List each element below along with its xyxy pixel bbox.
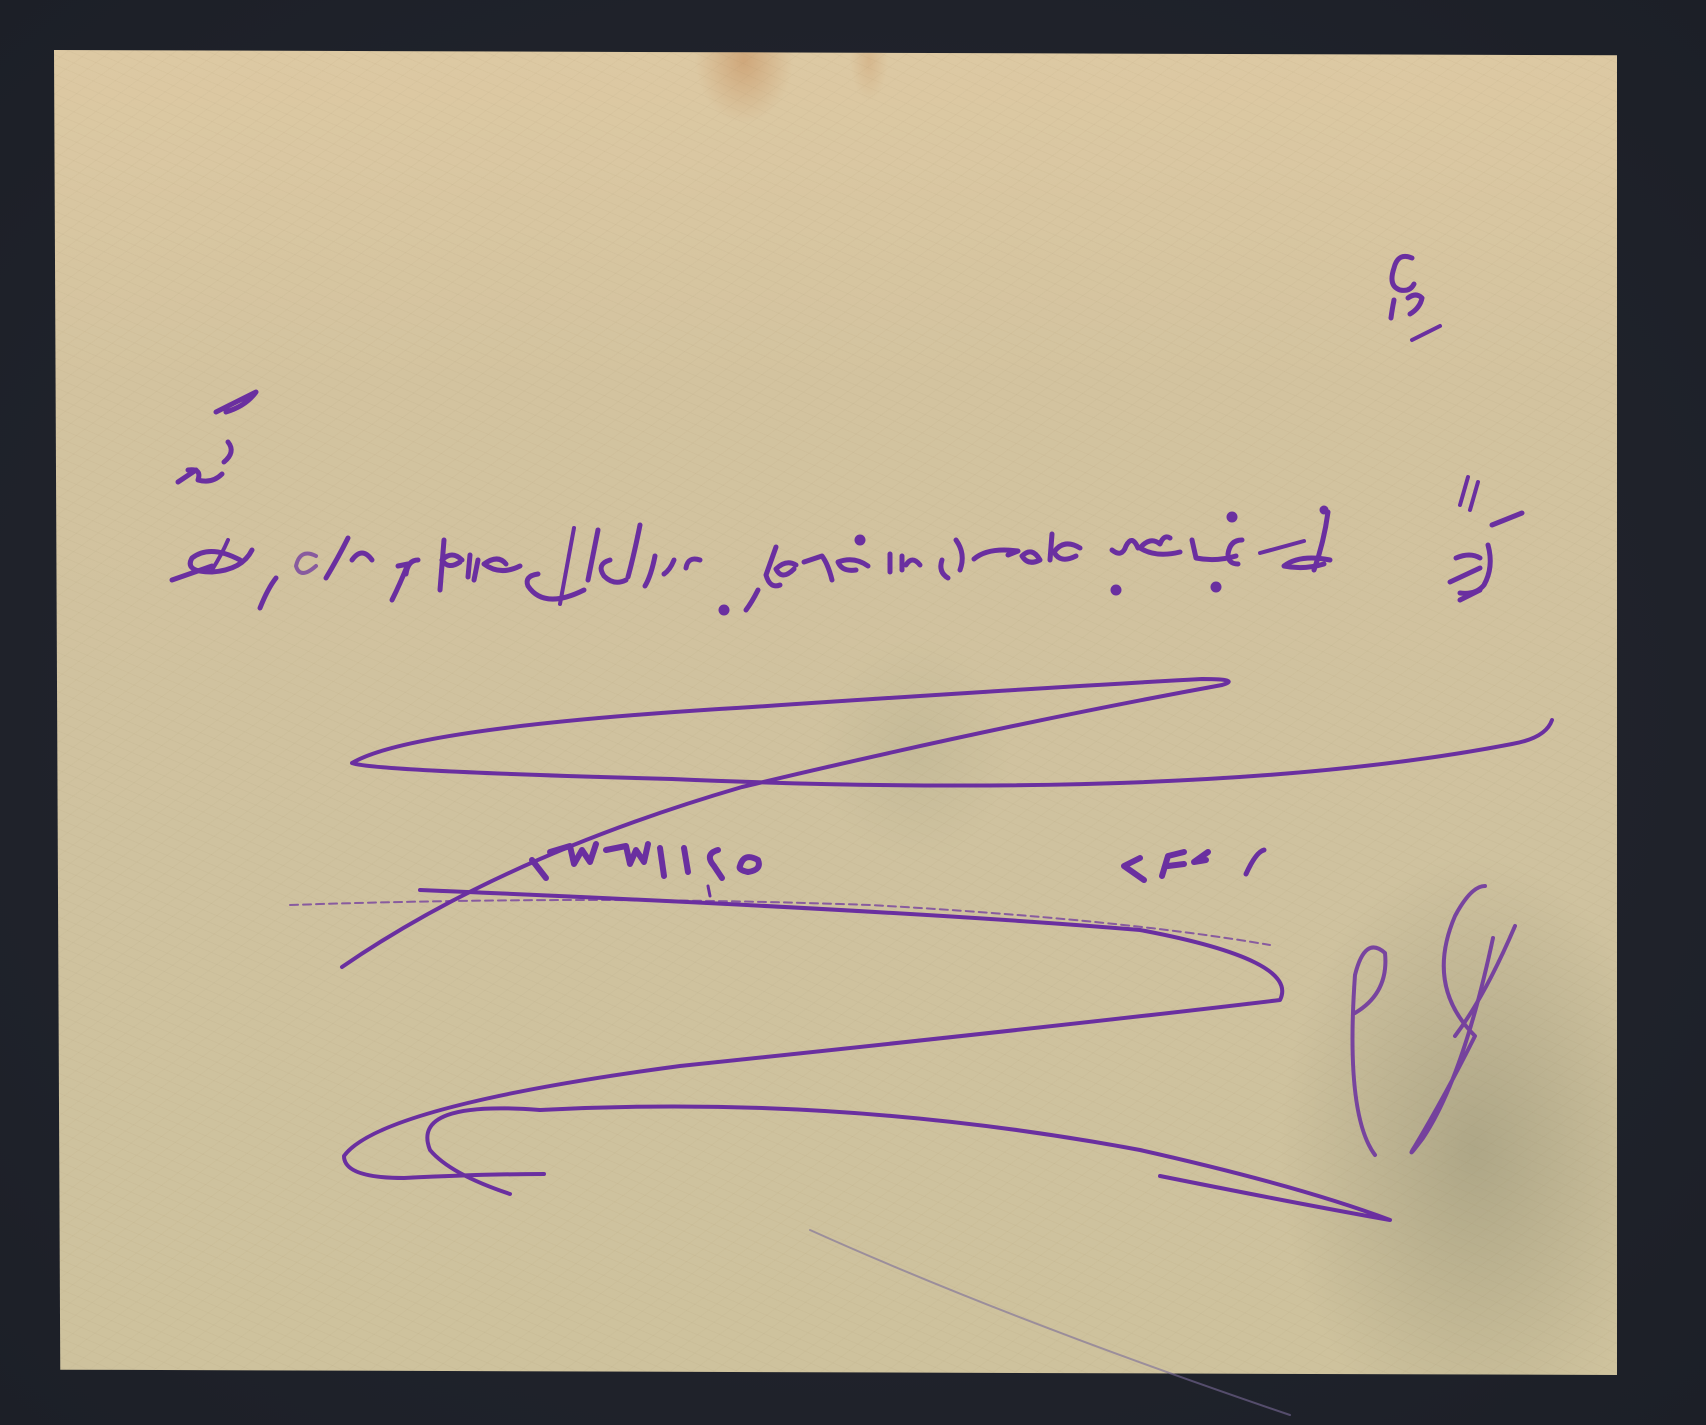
numbers-glyphs bbox=[532, 844, 1264, 896]
margin-note-glyphs bbox=[178, 392, 256, 482]
pencil-diagonal-line bbox=[810, 1230, 1290, 1415]
scribble-lower bbox=[344, 890, 1390, 1220]
scribble-upper bbox=[342, 679, 1552, 967]
ink-layer bbox=[0, 0, 1706, 1425]
main-line-left-glyphs bbox=[172, 525, 1080, 613]
signature-glyphs bbox=[1353, 886, 1516, 1155]
heading-glyphs bbox=[1391, 256, 1440, 340]
main-line-right-glyphs bbox=[1112, 477, 1522, 600]
